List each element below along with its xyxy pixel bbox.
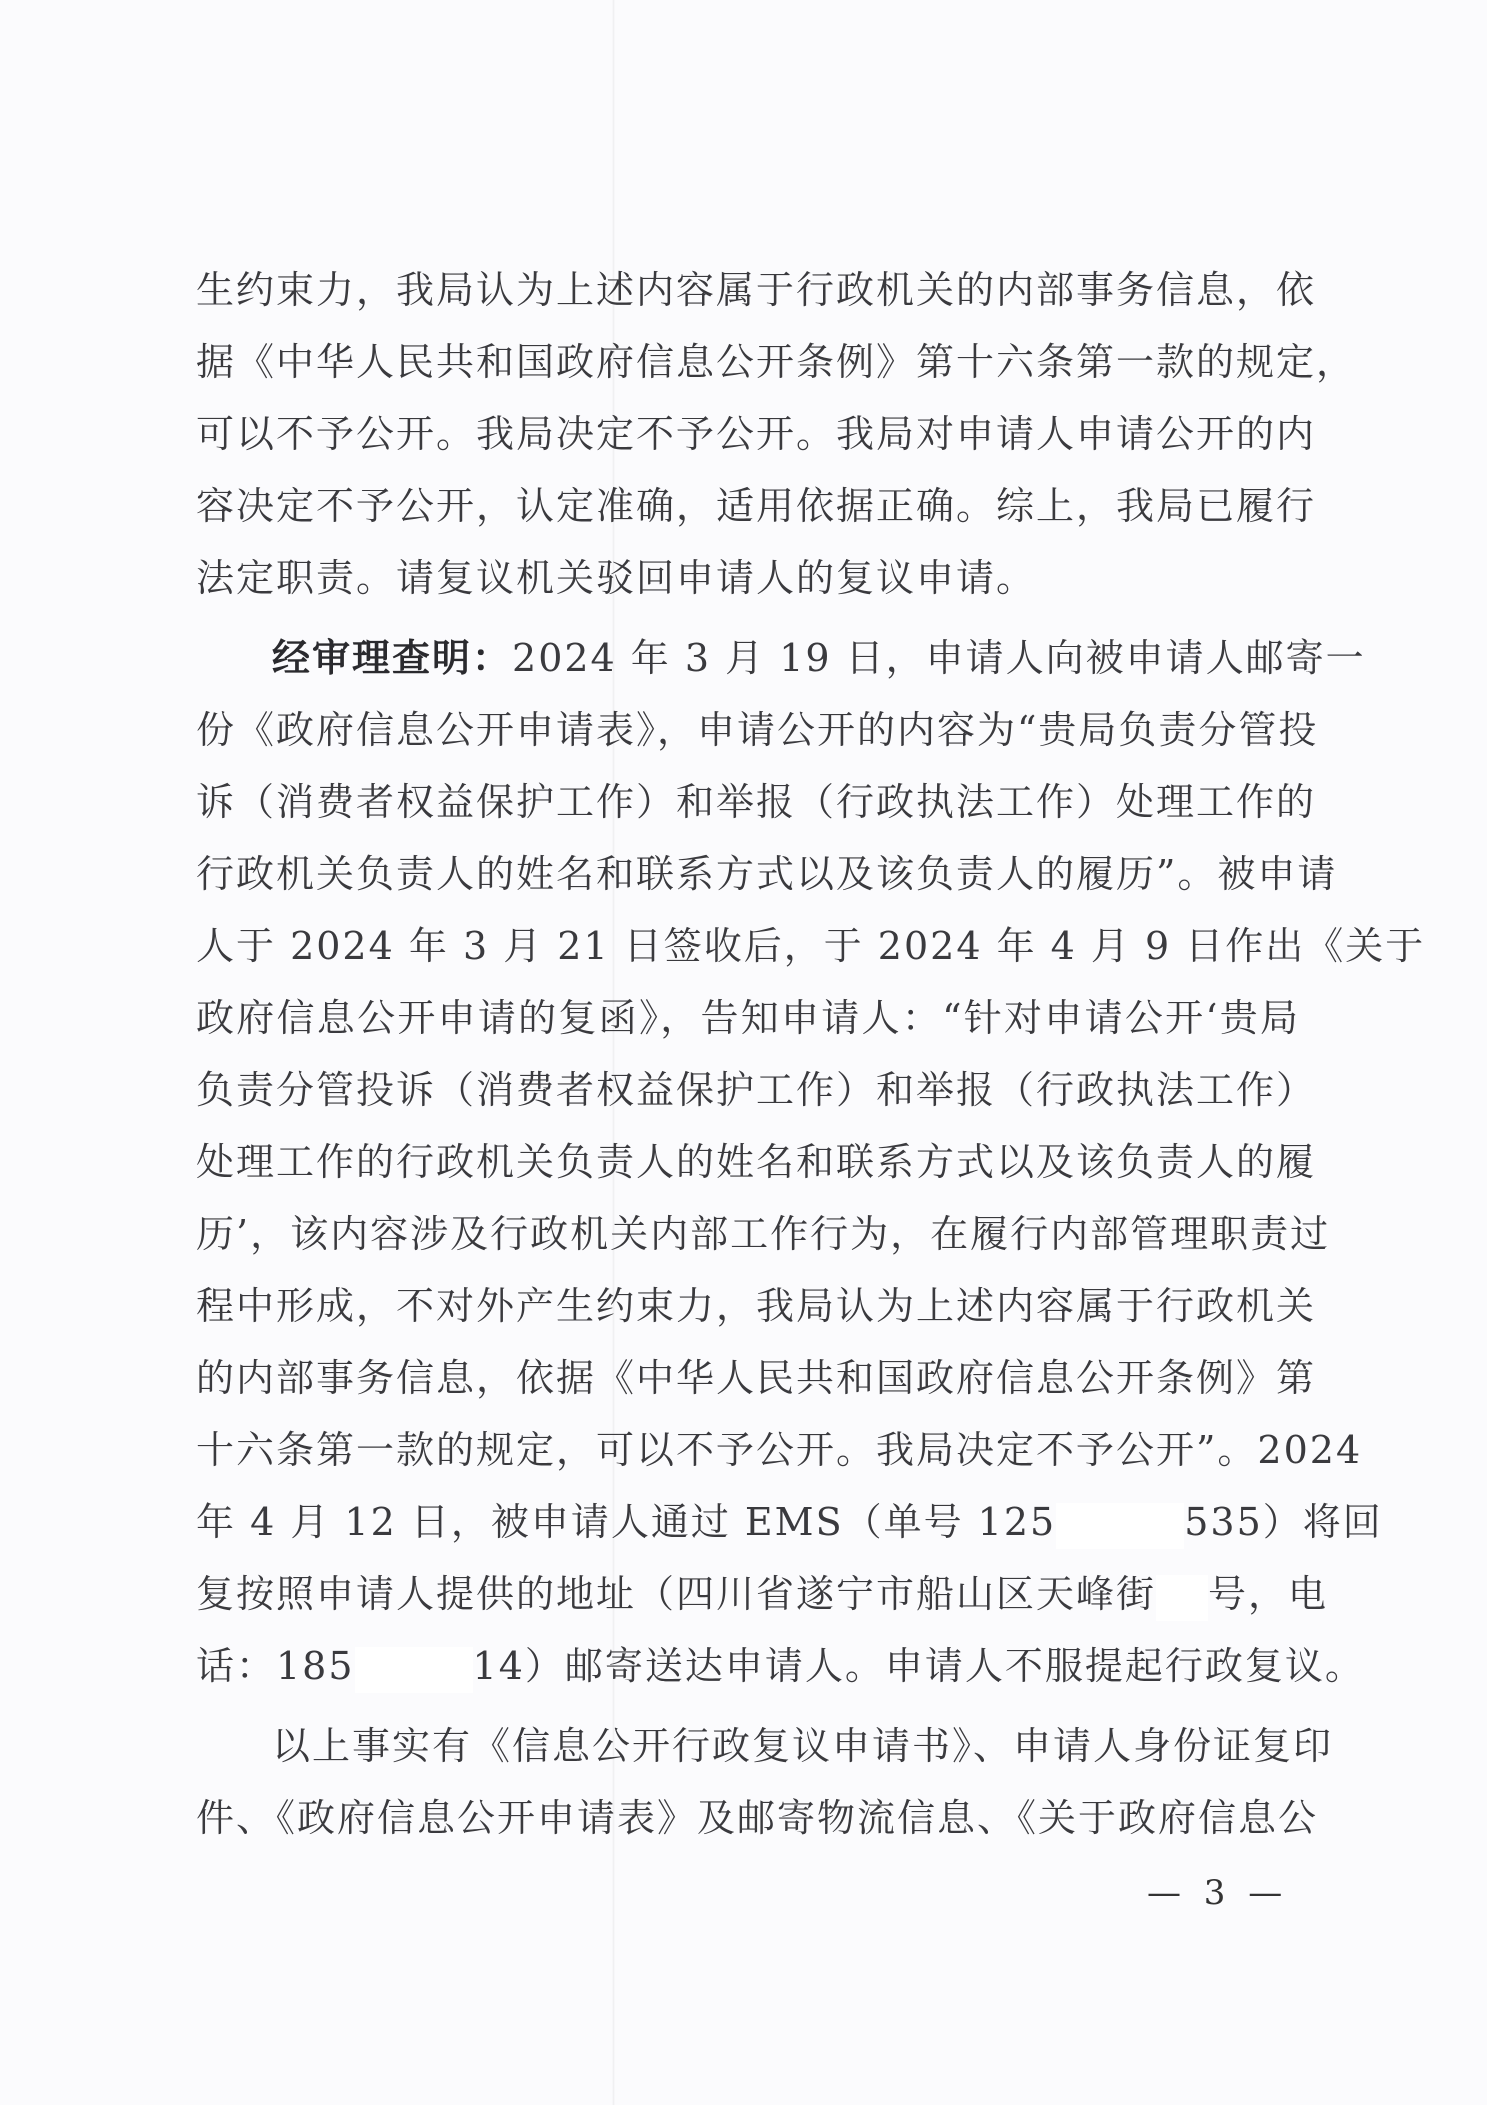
redaction-box — [1156, 1575, 1208, 1621]
text-line: 程中形成，不对外产生约束力，我局认为上述内容属于行政机关 — [196, 1274, 1300, 1346]
paragraph-respondent-argument: 生约束力，我局认为上述内容属于行政机关的内部事务信息，依 据《中华人民共和国政府… — [196, 258, 1300, 618]
page-number: — 3 — — [1147, 1873, 1288, 1913]
text-line: 可以不予公开。我局决定不予公开。我局对申请人申请公开的内 — [196, 402, 1300, 474]
text-line: 据《中华人民共和国政府信息公开条例》第十六条第一款的规定， — [196, 330, 1300, 402]
text-line: 话：18514）邮寄送达申请人。申请人不服提起行政复议。 — [196, 1634, 1300, 1706]
text-line: 的内部事务信息，依据《中华人民共和国政府信息公开条例》第 — [196, 1346, 1300, 1418]
text-line: 容决定不予公开，认定准确，适用依据正确。综上，我局已履行 — [196, 474, 1300, 546]
paragraph-findings: 经审理查明：2024 年 3 月 19 日，申请人向被申请人邮寄一 份《政府信息… — [196, 626, 1300, 1706]
text-line: 法定职责。请复议机关驳回申请人的复议申请。 — [196, 546, 1300, 618]
text-span: 号，电 — [1208, 1572, 1328, 1616]
text-span: 话：185 — [196, 1644, 355, 1688]
text-span: 复按照申请人提供的地址（四川省遂宁市船山区天峰街 — [196, 1572, 1156, 1616]
text-line: 政府信息公开申请的复函》，告知申请人：“针对申请公开‘贵局 — [196, 986, 1300, 1058]
text-line: 复按照申请人提供的地址（四川省遂宁市船山区天峰街号，电 — [196, 1562, 1300, 1634]
text-line: 处理工作的行政机关负责人的姓名和联系方式以及该负责人的履 — [196, 1130, 1300, 1202]
text-line: 年 4 月 12 日，被申请人通过 EMS（单号 125535）将回 — [196, 1490, 1300, 1562]
text-line: 历’，该内容涉及行政机关内部工作行为，在履行内部管理职责过 — [196, 1202, 1300, 1274]
document-body: 生约束力，我局认为上述内容属于行政机关的内部事务信息，依 据《中华人民共和国政府… — [196, 258, 1300, 1858]
text-line: 份《政府信息公开申请表》，申请公开的内容为“贵局负责分管投 — [196, 698, 1300, 770]
text-line: 诉（消费者权益保护工作）和举报（行政执法工作）处理工作的 — [196, 770, 1300, 842]
redaction-box — [355, 1647, 473, 1693]
text-span: 年 4 月 12 日，被申请人通过 EMS（单号 125 — [196, 1500, 1056, 1544]
redaction-box — [1056, 1503, 1184, 1549]
text-line: 件、《政府信息公开申请表》及邮寄物流信息、《关于政府信息公 — [196, 1786, 1300, 1858]
text-line: 生约束力，我局认为上述内容属于行政机关的内部事务信息，依 — [196, 258, 1300, 330]
text-line: 以上事实有《信息公开行政复议申请书》、申请人身份证复印 — [196, 1714, 1300, 1786]
text-span: 14）邮寄送达申请人。申请人不服提起行政复议。 — [473, 1644, 1365, 1688]
findings-heading: 经审理查明： — [272, 635, 512, 680]
paragraph-evidence: 以上事实有《信息公开行政复议申请书》、申请人身份证复印 件、《政府信息公开申请表… — [196, 1714, 1300, 1858]
text-line: 行政机关负责人的姓名和联系方式以及该负责人的履历”。被申请 — [196, 842, 1300, 914]
text-line: 经审理查明：2024 年 3 月 19 日，申请人向被申请人邮寄一 — [196, 626, 1300, 698]
text-span: 535）将回 — [1184, 1500, 1383, 1544]
text-line: 十六条第一款的规定，可以不予公开。我局决定不予公开”。2024 — [196, 1418, 1300, 1490]
text-line: 负责分管投诉（消费者权益保护工作）和举报（行政执法工作） — [196, 1058, 1300, 1130]
text-span: 2024 年 3 月 19 日，申请人向被申请人邮寄一 — [512, 636, 1366, 680]
text-line: 人于 2024 年 3 月 21 日签收后，于 2024 年 4 月 9 日作出… — [196, 914, 1300, 986]
